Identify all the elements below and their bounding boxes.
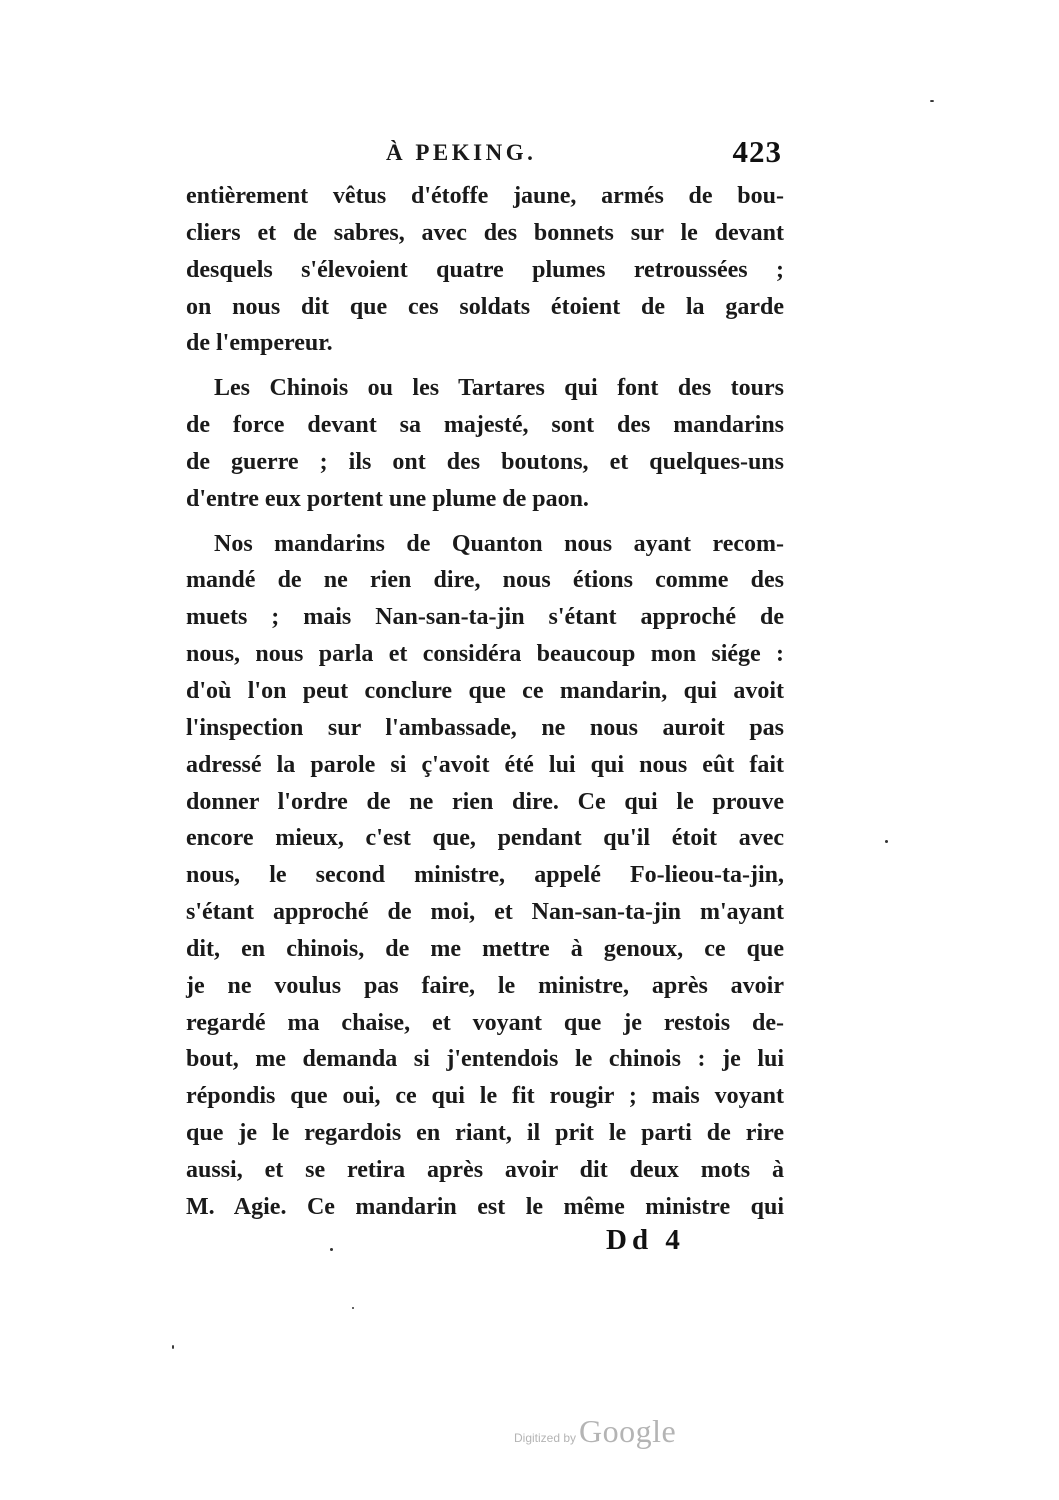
text-line: Nos mandarins de Quanton nous ayant reco…	[186, 526, 784, 563]
text-line: M. Agie. Ce mandarin est le même ministr…	[186, 1189, 784, 1226]
running-title: À PEKING.	[386, 140, 536, 166]
paragraph: entièrement vêtus d'étoffe jaune, armés …	[186, 178, 784, 362]
text-line: d'entre eux portent une plume de paon.	[186, 481, 784, 518]
text-line: encore mieux, c'est que, pendant qu'il é…	[186, 820, 784, 857]
text-line: nous, nous parla et considéra beaucoup m…	[186, 636, 784, 673]
signature-mark: Dd 4	[606, 1224, 685, 1257]
text-line: muets ; mais Nan-san-ta-jin s'étant appr…	[186, 599, 784, 636]
text-line: desquels s'élevoient quatre plumes retro…	[186, 252, 784, 289]
body-text: entièrement vêtus d'étoffe jaune, armés …	[186, 178, 784, 1226]
book-page: À PEKING. 423 entièrement vêtus d'étoffe…	[0, 0, 1059, 1500]
text-line: mandé de ne rien dire, nous étions comme…	[186, 562, 784, 599]
text-line: adressé la parole si ç'avoit été lui qui…	[186, 747, 784, 784]
text-line: aussi, et se retira après avoir dit deux…	[186, 1152, 784, 1189]
text-line: l'inspection sur l'ambassade, ne nous au…	[186, 710, 784, 747]
scan-speck	[172, 1345, 174, 1349]
text-line: on nous dit que ces soldats étoient de l…	[186, 289, 784, 326]
paragraph: Nos mandarins de Quanton nous ayant reco…	[186, 526, 784, 1226]
text-line: s'étant approché de moi, et Nan-san-ta-j…	[186, 894, 784, 931]
text-line: de guerre ; ils ont des boutons, et quel…	[186, 444, 784, 481]
text-line: entièrement vêtus d'étoffe jaune, armés …	[186, 178, 784, 215]
scan-speck	[930, 100, 934, 102]
text-line: d'où l'on peut conclure que ce mandarin,…	[186, 673, 784, 710]
text-line: Les Chinois ou les Tartares qui font des…	[186, 370, 784, 407]
google-logo: Google	[579, 1413, 676, 1450]
watermark-prefix: Digitized by	[514, 1431, 576, 1445]
text-line: de force devant sa majesté, sont des man…	[186, 407, 784, 444]
text-line: que je le regardois en riant, il prit le…	[186, 1115, 784, 1152]
page-number: 423	[733, 134, 783, 170]
text-line: répondis que oui, ce qui le fit rougir ;…	[186, 1078, 784, 1115]
running-head: À PEKING. 423	[186, 140, 786, 180]
paragraph: Les Chinois ou les Tartares qui font des…	[186, 370, 784, 517]
digitized-by-google-watermark: Digitized by Google	[514, 1413, 676, 1450]
text-line: nous, le second ministre, appelé Fo-lieo…	[186, 857, 784, 894]
text-line: donner l'ordre de ne rien dire. Ce qui l…	[186, 784, 784, 821]
scan-speck	[885, 840, 888, 843]
text-line: je ne voulus pas faire, le ministre, apr…	[186, 968, 784, 1005]
text-line: dit, en chinois, de me mettre à genoux, …	[186, 931, 784, 968]
text-line: cliers et de sabres, avec des bonnets su…	[186, 215, 784, 252]
text-line: bout, me demanda si j'entendois le chino…	[186, 1041, 784, 1078]
text-line: de l'empereur.	[186, 325, 784, 362]
text-line: regardé ma chaise, et voyant que je rest…	[186, 1005, 784, 1042]
scan-speck	[352, 1307, 354, 1309]
scan-speck	[330, 1248, 333, 1251]
